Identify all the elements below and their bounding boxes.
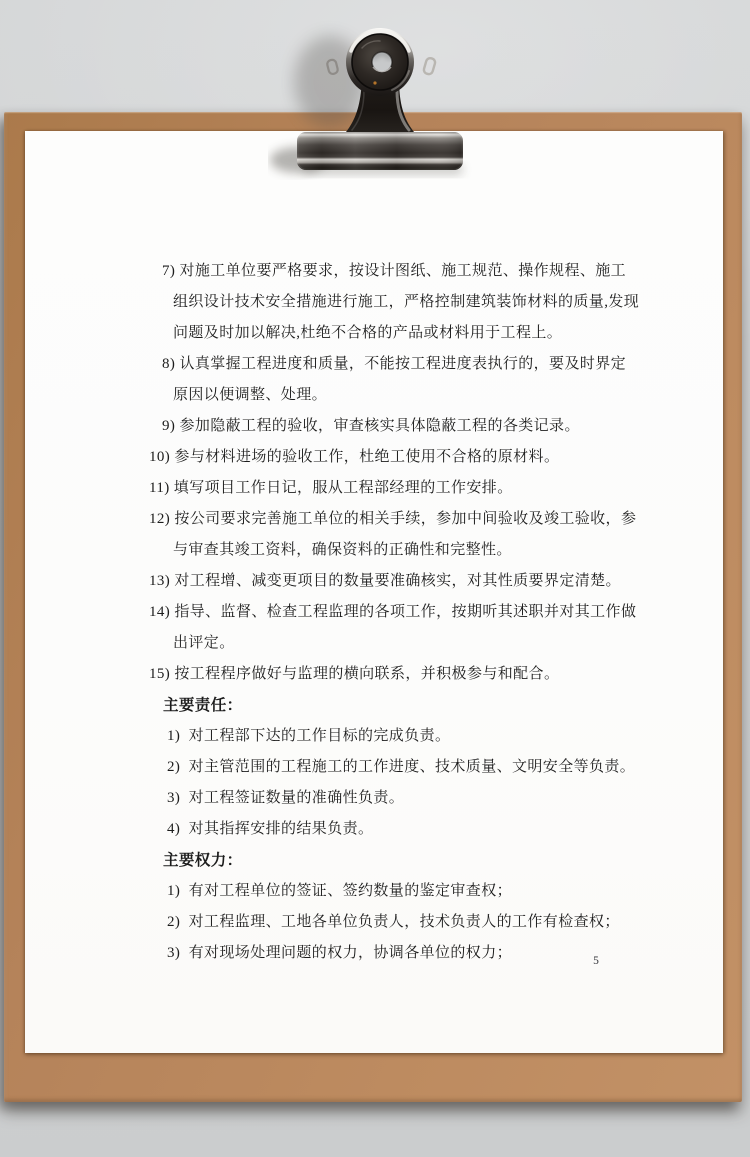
- doc-line: 15) 按工程程序做好与监理的横向联系，并积极参与和配合。: [25, 659, 723, 690]
- document-text: 7) 对施工单位要严格要求，按设计图纸、施工规范、操作规程、施工 组织设计技术安…: [25, 256, 723, 969]
- doc-line: 11) 填写项目工作日记，服从工程部经理的工作安排。: [25, 473, 723, 504]
- doc-line: 组织设计技术安全措施进行施工，严格控制建筑装饰材料的质量,发现: [25, 287, 723, 318]
- doc-line: 4) 对其指挥安排的结果负责。: [25, 814, 723, 845]
- doc-line: 原因以便调整、处理。: [25, 380, 723, 411]
- doc-line: 1) 有对工程单位的签证、签约数量的鉴定审查权；: [25, 876, 723, 907]
- doc-line: 问题及时加以解决,杜绝不合格的产品或材料用于工程上。: [25, 318, 723, 349]
- doc-line: 10) 参与材料进场的验收工作，杜绝工使用不合格的原材料。: [25, 442, 723, 473]
- doc-section-heading: 主要责任：: [25, 690, 723, 721]
- doc-section-heading: 主要权力：: [25, 845, 723, 876]
- doc-line: 出评定。: [25, 628, 723, 659]
- doc-line: 8) 认真掌握工程进度和质量，不能按工程进度表执行的，要及时界定: [25, 349, 723, 380]
- doc-line: 9) 参加隐蔽工程的验收，审查核实具体隐蔽工程的各类记录。: [25, 411, 723, 442]
- doc-line: 1) 对工程部下达的工作目标的完成负责。: [25, 721, 723, 752]
- binder-clip-graphic: [268, 10, 488, 180]
- doc-line: 2) 对主管范围的工程施工的工作进度、技术质量、文明安全等负责。: [25, 752, 723, 783]
- doc-line: 12) 按公司要求完善施工单位的相关手续，参加中间验收及竣工验收，参: [25, 504, 723, 535]
- doc-line: 7) 对施工单位要严格要求，按设计图纸、施工规范、操作规程、施工: [25, 256, 723, 287]
- page-number: 5: [588, 954, 604, 968]
- doc-line: 3) 有对现场处理问题的权力，协调各单位的权力；: [25, 938, 723, 969]
- binder-clip-icon: [268, 10, 488, 180]
- photo-scene: 7) 对施工单位要严格要求，按设计图纸、施工规范、操作规程、施工 组织设计技术安…: [0, 0, 750, 1157]
- doc-line: 2) 对工程监理、工地各单位负责人，技术负责人的工作有检查权；: [25, 907, 723, 938]
- doc-line: 14) 指导、监督、检查工程监理的各项工作，按期听其述职并对其工作做: [25, 597, 723, 628]
- doc-line: 与审查其竣工资料，确保资料的正确性和完整性。: [25, 535, 723, 566]
- doc-line: 13) 对工程增、减变更项目的数量要准确核实，对其性质要界定清楚。: [25, 566, 723, 597]
- doc-line: 3) 对工程签证数量的准确性负责。: [25, 783, 723, 814]
